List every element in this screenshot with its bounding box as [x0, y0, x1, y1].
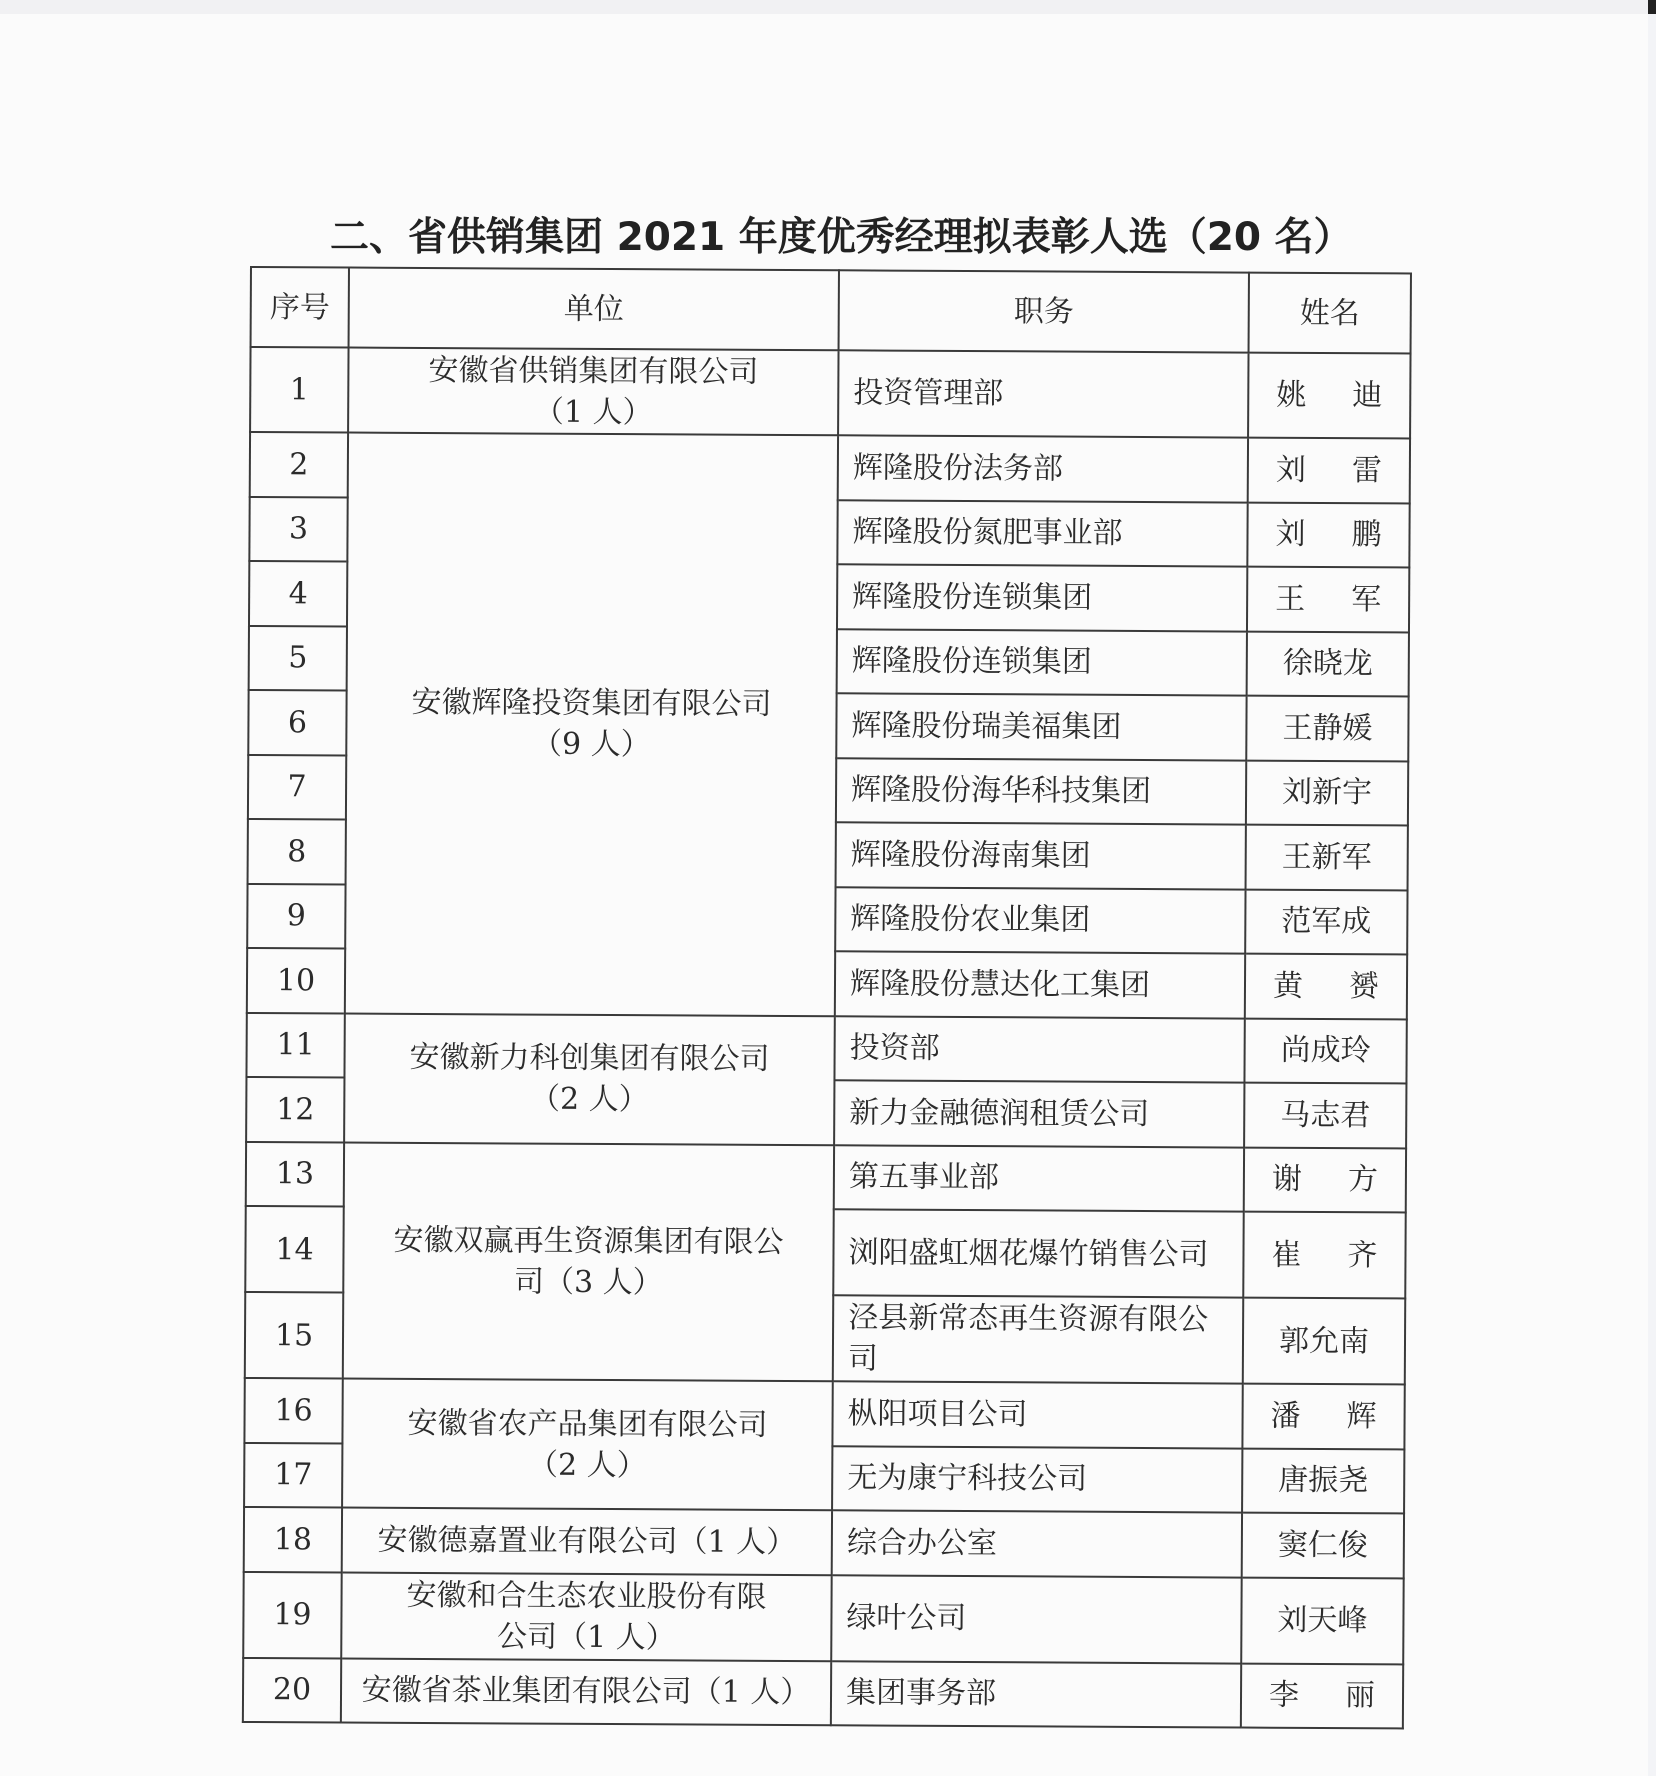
name-part: 姚 [1276, 378, 1306, 413]
position-cell: 辉隆股份法务部 [838, 435, 1248, 502]
name-part: 军 [1351, 582, 1381, 617]
position-cell: 枞阳项目公司 [832, 1381, 1242, 1448]
name-part: 崔 [1271, 1237, 1301, 1272]
position-cell: 辉隆股份瑞美福集团 [836, 693, 1246, 760]
position-cell: 辉隆股份连锁集团 [837, 629, 1247, 696]
header-unit: 单位 [349, 268, 839, 351]
position-cell: 集团事务部 [831, 1661, 1241, 1728]
name-part: 方 [1348, 1162, 1378, 1197]
position-cell: 投资管理部 [838, 350, 1248, 437]
unit-count: （1 人） [363, 390, 823, 434]
position-cell: 浏阳盛虹烟花爆竹销售公司 [833, 1209, 1243, 1297]
scan-top-edge [0, 0, 1648, 14]
document-title: 二、省供销集团 2021 年度优秀经理拟表彰人选（20 名） [330, 206, 1420, 262]
name-part: 迪 [1352, 378, 1382, 413]
name-cell: 范军成 [1245, 889, 1407, 954]
name-cell: 刘新宇 [1246, 760, 1408, 825]
name-cell: 刘雷 [1248, 438, 1410, 503]
row-no: 15 [245, 1292, 343, 1379]
row-no: 1 [250, 347, 348, 433]
position-cell: 第五事业部 [834, 1145, 1244, 1212]
unit-cell: 安徽和合生态农业股份有限 公司（1 人） [341, 1572, 831, 1661]
position-cell: 投资部 [834, 1016, 1244, 1083]
unit-cell: 安徽新力科创集团有限公司 （2 人） [344, 1013, 835, 1145]
name-cell: 尚成玲 [1244, 1018, 1406, 1083]
position-cell: 综合办公室 [832, 1510, 1242, 1577]
table-row: 2 安徽辉隆投资集团有限公司 （9 人） 辉隆股份法务部 刘雷 [250, 432, 1410, 503]
unit-count: 司（3 人） [358, 1260, 818, 1304]
unit-name: 安徽新力科创集团有限公司 [359, 1037, 819, 1081]
name-cell: 李丽 [1241, 1663, 1403, 1728]
row-no: 16 [244, 1378, 342, 1443]
position-cell: 辉隆股份连锁集团 [837, 564, 1247, 631]
position-cell: 辉隆股份农业集团 [835, 887, 1245, 954]
unit-count: （2 人） [357, 1443, 817, 1487]
name-part: 齐 [1347, 1238, 1377, 1273]
row-no: 3 [249, 497, 347, 562]
name-cell: 王静媛 [1246, 696, 1408, 761]
row-no: 5 [249, 626, 347, 691]
name-part: 鹏 [1351, 517, 1381, 552]
name-part: 辉 [1346, 1399, 1376, 1434]
unit-cell: 安徽辉隆投资集团有限公司 （9 人） [345, 433, 838, 1016]
name-cell: 徐晓龙 [1247, 631, 1409, 696]
unit-name: 安徽辉隆投资集团有限公司 [361, 682, 821, 726]
name-part: 雷 [1352, 453, 1382, 488]
unit-cell: 安徽双赢再生资源集团有限公 司（3 人） [343, 1142, 834, 1381]
table-row: 13 安徽双赢再生资源集团有限公 司（3 人） 第五事业部 谢方 [246, 1141, 1406, 1212]
unit-count: （2 人） [359, 1078, 819, 1122]
name-cell: 刘鹏 [1247, 502, 1409, 567]
row-no: 11 [246, 1012, 344, 1077]
name-cell: 潘辉 [1242, 1384, 1404, 1449]
name-cell: 崔齐 [1243, 1212, 1405, 1299]
position-cell: 辉隆股份海南集团 [836, 822, 1246, 889]
name-cell: 黄赟 [1245, 954, 1407, 1019]
row-no: 8 [248, 819, 346, 884]
table-row: 11 安徽新力科创集团有限公司 （2 人） 投资部 尚成玲 [246, 1012, 1406, 1083]
name-part: 潘 [1270, 1398, 1300, 1433]
table-row: 20 安徽省茶业集团有限公司（1 人） 集团事务部 李丽 [243, 1657, 1403, 1728]
table-row: 19 安徽和合生态农业股份有限 公司（1 人） 绿叶公司 刘天峰 [243, 1571, 1403, 1663]
table-row: 18 安徽德嘉置业有限公司（1 人） 综合办公室 窦仁俊 [244, 1507, 1404, 1578]
name-cell: 姚迪 [1248, 353, 1410, 439]
unit-name: 安徽双赢再生资源集团有限公 [358, 1219, 818, 1263]
name-cell: 窦仁俊 [1242, 1513, 1404, 1578]
table-header-row: 序号 单位 职务 姓名 [251, 267, 1411, 353]
name-cell: 王新军 [1246, 825, 1408, 890]
header-position: 职务 [839, 270, 1249, 352]
name-cell: 马志君 [1244, 1083, 1406, 1148]
header-no: 序号 [251, 267, 349, 348]
row-no: 9 [247, 883, 345, 948]
row-no: 12 [246, 1077, 344, 1142]
scan-right-edge [1648, 14, 1656, 1776]
name-cell: 刘天峰 [1241, 1577, 1403, 1664]
row-no: 4 [249, 561, 347, 626]
name-part: 王 [1275, 581, 1305, 616]
name-part: 赟 [1349, 969, 1379, 1004]
table-row: 1 安徽省供销集团有限公司 （1 人） 投资管理部 姚迪 [250, 347, 1410, 438]
unit-cell: 安徽省茶业集团有限公司（1 人） [341, 1658, 831, 1725]
unit-name: 安徽省供销集团有限公司 [363, 349, 823, 393]
row-no: 10 [247, 948, 345, 1013]
row-no: 18 [244, 1507, 342, 1572]
name-part: 黄 [1273, 968, 1303, 1003]
candidates-table: 序号 单位 职务 姓名 1 安徽省供销集团有限公司 （1 人） 投资管理部 姚迪… [242, 266, 1412, 1729]
name-cell: 郭允南 [1243, 1298, 1405, 1385]
scan-corner-mark [1648, 0, 1656, 14]
name-part: 刘 [1276, 452, 1306, 487]
table-row: 16 安徽省农产品集团有限公司 （2 人） 枞阳项目公司 潘辉 [244, 1378, 1404, 1449]
header-name: 姓名 [1249, 273, 1411, 354]
row-no: 2 [250, 432, 348, 497]
row-no: 13 [246, 1141, 344, 1206]
row-no: 20 [243, 1657, 341, 1722]
position-cell: 辉隆股份氮肥事业部 [837, 500, 1247, 567]
row-no: 14 [245, 1206, 343, 1293]
row-no: 19 [243, 1571, 341, 1658]
name-part: 丽 [1345, 1678, 1375, 1713]
name-cell: 谢方 [1244, 1147, 1406, 1212]
position-cell: 辉隆股份海华科技集团 [836, 758, 1246, 825]
unit-name: 安徽和合生态农业股份有限 [356, 1574, 816, 1618]
unit-cell: 安徽省农产品集团有限公司 （2 人） [342, 1379, 833, 1511]
position-cell: 绿叶公司 [831, 1575, 1241, 1663]
name-part: 谢 [1272, 1162, 1302, 1197]
name-cell: 唐振尧 [1242, 1448, 1404, 1513]
position-cell: 新力金融德润租赁公司 [834, 1080, 1244, 1147]
unit-count: 公司（1 人） [356, 1615, 816, 1659]
unit-count: （9 人） [361, 723, 821, 767]
row-no: 7 [248, 754, 346, 819]
unit-cell: 安徽省供销集团有限公司 （1 人） [348, 348, 838, 436]
position-cell: 辉隆股份慧达化工集团 [835, 951, 1245, 1018]
position-cell: 无为康宁科技公司 [832, 1446, 1242, 1513]
name-part: 刘 [1275, 517, 1305, 552]
name-part: 李 [1269, 1678, 1299, 1713]
row-no: 17 [244, 1442, 342, 1507]
unit-name: 安徽省农产品集团有限公司 [357, 1402, 817, 1446]
name-cell: 王军 [1247, 567, 1409, 632]
row-no: 6 [248, 690, 346, 755]
unit-cell: 安徽德嘉置业有限公司（1 人） [342, 1508, 832, 1575]
position-cell: 泾县新常态再生资源有限公司 [833, 1295, 1243, 1383]
